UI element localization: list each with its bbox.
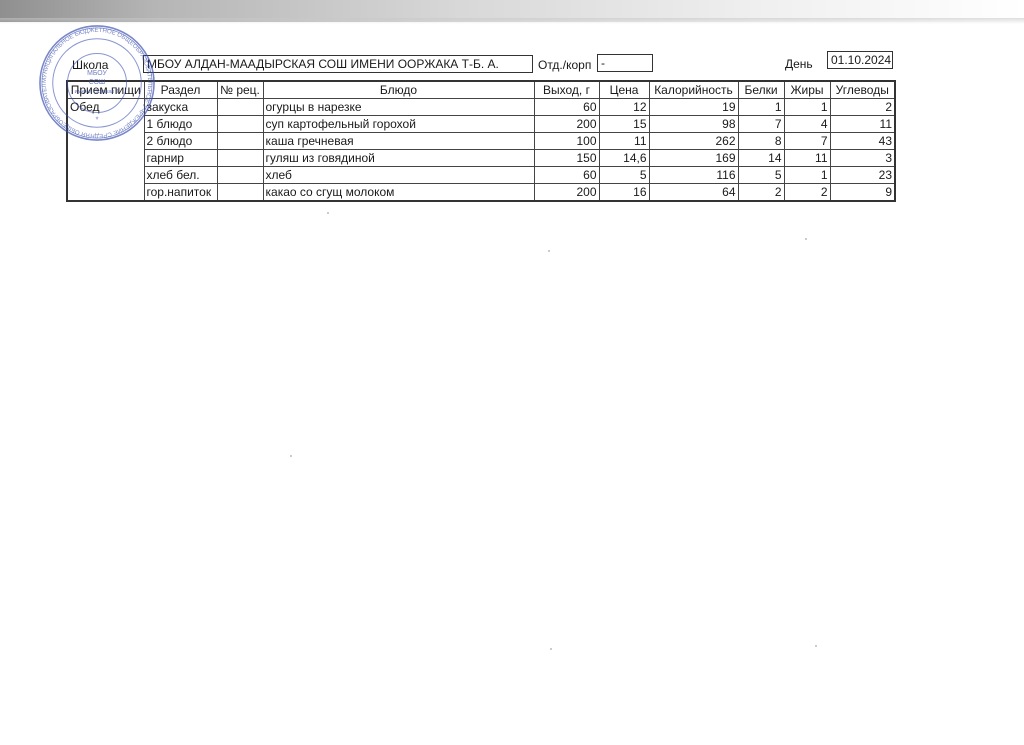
carbs-cell: 43 bbox=[830, 133, 895, 150]
recipe-cell bbox=[217, 150, 263, 167]
section-cell: 2 блюдо bbox=[144, 133, 217, 150]
scan-speck bbox=[815, 645, 817, 647]
price-cell: 11 bbox=[599, 133, 649, 150]
fat-cell: 1 bbox=[784, 99, 830, 116]
day-label: День bbox=[785, 57, 813, 71]
carbs-cell: 23 bbox=[830, 167, 895, 184]
header-carbs: Углеводы bbox=[830, 81, 895, 99]
calories-cell: 64 bbox=[649, 184, 738, 202]
recipe-cell bbox=[217, 99, 263, 116]
weight-cell: 200 bbox=[534, 116, 599, 133]
calories-cell: 98 bbox=[649, 116, 738, 133]
scan-speck bbox=[327, 212, 329, 214]
branch-field: - bbox=[597, 54, 653, 72]
weight-cell: 200 bbox=[534, 184, 599, 202]
section-cell: гарнир bbox=[144, 150, 217, 167]
protein-cell: 8 bbox=[738, 133, 784, 150]
protein-cell: 5 bbox=[738, 167, 784, 184]
weight-cell: 150 bbox=[534, 150, 599, 167]
price-cell: 16 bbox=[599, 184, 649, 202]
table-row: 1 блюдо суп картофельный горохой 200 15 … bbox=[67, 116, 895, 133]
scan-speck bbox=[805, 238, 807, 240]
carbs-cell: 11 bbox=[830, 116, 895, 133]
dish-cell: огурцы в нарезке bbox=[263, 99, 534, 116]
carbs-cell: 2 bbox=[830, 99, 895, 116]
protein-cell: 7 bbox=[738, 116, 784, 133]
table-header-row: Прием пищи Раздел № рец. Блюдо Выход, г … bbox=[67, 81, 895, 99]
dish-cell: хлеб bbox=[263, 167, 534, 184]
header-meal: Прием пищи bbox=[67, 81, 144, 99]
menu-table: Прием пищи Раздел № рец. Блюдо Выход, г … bbox=[66, 80, 896, 202]
fat-cell: 1 bbox=[784, 167, 830, 184]
scan-speck bbox=[550, 648, 552, 650]
weight-cell: 100 bbox=[534, 133, 599, 150]
recipe-cell bbox=[217, 167, 263, 184]
header-fat: Жиры bbox=[784, 81, 830, 99]
protein-cell: 2 bbox=[738, 184, 784, 202]
day-field: 01.10.2024 bbox=[827, 51, 893, 69]
header-recipe: № рец. bbox=[217, 81, 263, 99]
header-price: Цена bbox=[599, 81, 649, 99]
fat-cell: 2 bbox=[784, 184, 830, 202]
protein-cell: 1 bbox=[738, 99, 784, 116]
calories-cell: 19 bbox=[649, 99, 738, 116]
meal-cell: Обед bbox=[67, 99, 144, 202]
carbs-cell: 3 bbox=[830, 150, 895, 167]
weight-cell: 60 bbox=[534, 167, 599, 184]
section-cell: закуска bbox=[144, 99, 217, 116]
calories-cell: 262 bbox=[649, 133, 738, 150]
fat-cell: 11 bbox=[784, 150, 830, 167]
scan-speck bbox=[290, 455, 292, 457]
price-cell: 15 bbox=[599, 116, 649, 133]
school-label: Школа bbox=[72, 58, 108, 72]
scan-speck bbox=[548, 250, 550, 252]
price-cell: 14,6 bbox=[599, 150, 649, 167]
fat-cell: 4 bbox=[784, 116, 830, 133]
fat-cell: 7 bbox=[784, 133, 830, 150]
section-cell: гор.напиток bbox=[144, 184, 217, 202]
table-row: гарнир гуляш из говядиной 150 14,6 169 1… bbox=[67, 150, 895, 167]
header-section: Раздел bbox=[144, 81, 217, 99]
header-calories: Калорийность bbox=[649, 81, 738, 99]
table-row: хлеб бел. хлеб 60 5 116 5 1 23 bbox=[67, 167, 895, 184]
recipe-cell bbox=[217, 133, 263, 150]
protein-cell: 14 bbox=[738, 150, 784, 167]
price-cell: 5 bbox=[599, 167, 649, 184]
scan-edge-shadow bbox=[0, 0, 1024, 22]
dish-cell: гуляш из говядиной bbox=[263, 150, 534, 167]
recipe-cell bbox=[217, 184, 263, 202]
section-cell: 1 блюдо bbox=[144, 116, 217, 133]
weight-cell: 60 bbox=[534, 99, 599, 116]
header-protein: Белки bbox=[738, 81, 784, 99]
table-row: 2 блюдо каша гречневая 100 11 262 8 7 43 bbox=[67, 133, 895, 150]
price-cell: 12 bbox=[599, 99, 649, 116]
calories-cell: 169 bbox=[649, 150, 738, 167]
table-row: Обед закуска огурцы в нарезке 60 12 19 1… bbox=[67, 99, 895, 116]
branch-label: Отд./корп bbox=[538, 58, 591, 72]
calories-cell: 116 bbox=[649, 167, 738, 184]
table-row: гор.напиток какао со сгущ молоком 200 16… bbox=[67, 184, 895, 202]
dish-cell: каша гречневая bbox=[263, 133, 534, 150]
section-cell: хлеб бел. bbox=[144, 167, 217, 184]
dish-cell: какао со сгущ молоком bbox=[263, 184, 534, 202]
recipe-cell bbox=[217, 116, 263, 133]
carbs-cell: 9 bbox=[830, 184, 895, 202]
school-name-field: МБОУ АЛДАН-МААДЫРСКАЯ СОШ ИМЕНИ ООРЖАКА … bbox=[143, 55, 533, 73]
dish-cell: суп картофельный горохой bbox=[263, 116, 534, 133]
header-dish: Блюдо bbox=[263, 81, 534, 99]
header-weight: Выход, г bbox=[534, 81, 599, 99]
